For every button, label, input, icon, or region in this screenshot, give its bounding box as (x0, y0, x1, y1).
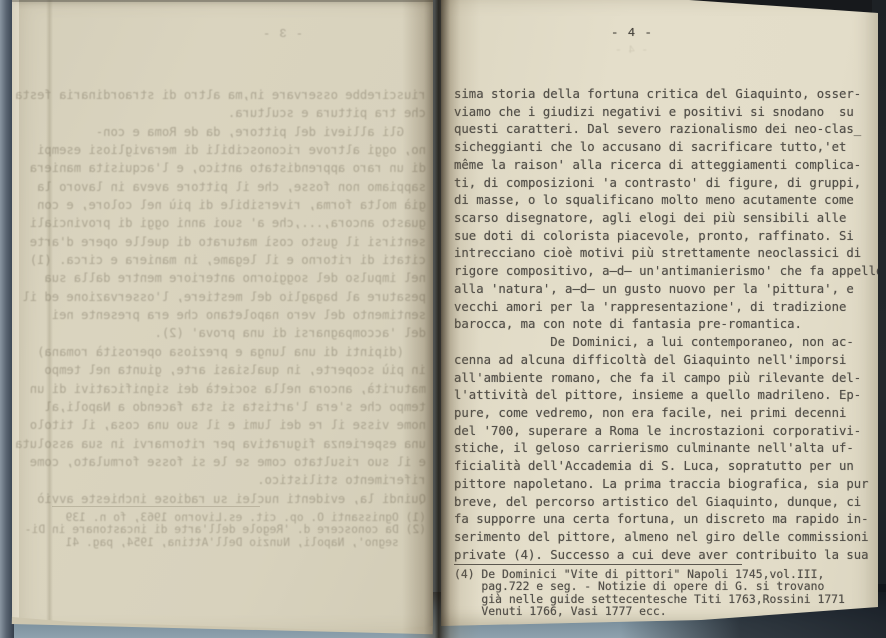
book-scan-screenshot: { "book": { "colors": { "cover_slate": "… (0, 0, 886, 638)
body-text: sima storia della fortuna critica del Gi… (454, 86, 883, 564)
footnote-separator-rule (454, 564, 742, 565)
page-number-ghost: - 4 - (615, 45, 648, 57)
footnote-text: (4) De Dominici "Vite di pittori" Napoli… (454, 568, 845, 617)
right-page: - 4 - - 4 - sima storia della fortuna cr… (441, 0, 878, 626)
left-page-ghost-bleedthrough-text: riuscirebbe osservare in,ma altro di str… (26, 86, 426, 508)
left-page: - 3 - riuscirebbe osservare in,ma altro … (12, 0, 433, 633)
left-page-ghost-footnote-rule (52, 506, 260, 507)
left-page-ghost-page-number: - 3 - (262, 27, 303, 41)
left-page-top-shadow (12, 0, 445, 2)
cover-left-edge (0, 0, 14, 638)
left-page-ghost-footnotes: (1) Ognissanti O. op. cit. es.Livorno 19… (34, 512, 426, 549)
page-number-header: - 4 - (611, 26, 653, 40)
